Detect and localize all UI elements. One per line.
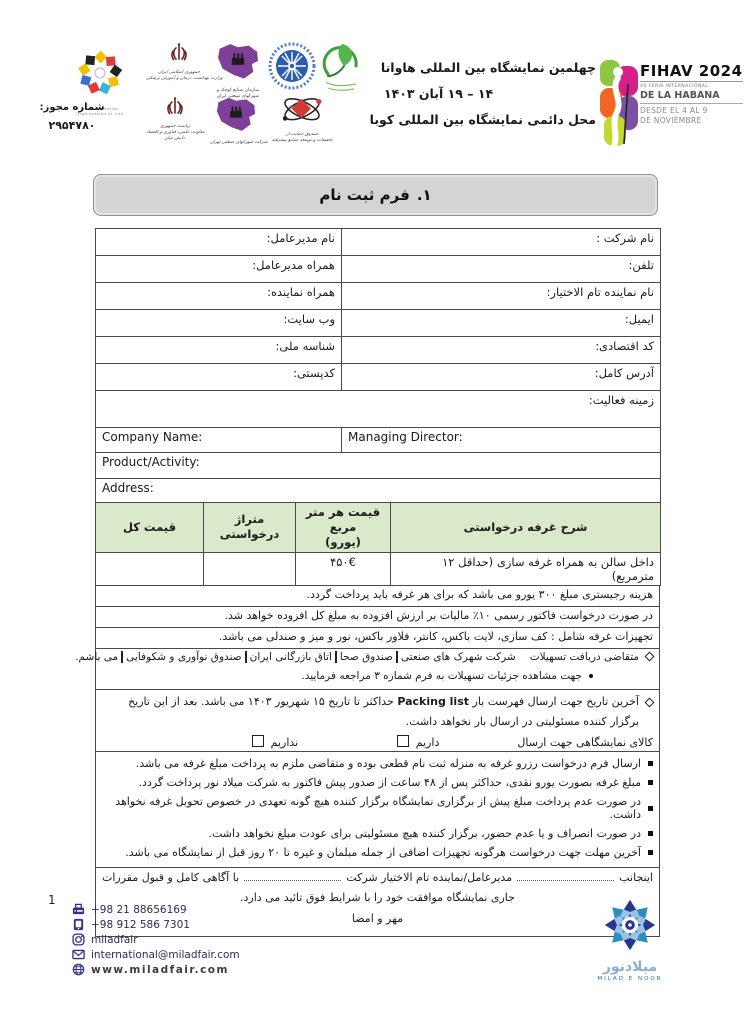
label-full-address: آدرس کامل: xyxy=(595,366,654,380)
bullet-dot-icon xyxy=(589,674,593,678)
field-product-activity-en[interactable]: Product/Activity: xyxy=(96,453,661,479)
form-title-text: فرم ثبت نام xyxy=(319,186,409,204)
label-national-id: شناسه ملی: xyxy=(276,339,336,353)
iran-map-icon xyxy=(214,92,258,136)
label-product-activity-en: Product/Activity: xyxy=(102,455,200,469)
page-number: 1 xyxy=(48,893,56,907)
registration-form: نام شرکت : نام مدیرعامل: تلفن: همراه مدی… xyxy=(95,229,660,937)
label-ceo-name: نام مدیرعامل: xyxy=(267,231,335,245)
fihav-place: DE LA HABANA xyxy=(640,90,743,104)
presidency-caption-2: معاونت علمی، فناوری و اقتصاد دانش بنیان xyxy=(139,130,211,141)
facilities-checkbox-4[interactable] xyxy=(121,651,123,663)
facilities-checkbox-2[interactable] xyxy=(335,651,337,663)
square-bullet-icon xyxy=(648,850,653,855)
cell-total-price[interactable] xyxy=(96,552,204,585)
label-email: ایمیل: xyxy=(625,312,654,326)
terms-table: هزینه رجیستری مبلغ ۳۰۰ یورو می باشد که ب… xyxy=(95,585,660,938)
goods-label: کالای نمایشگاهی جهت ارسال xyxy=(517,736,653,749)
iran-emblem-icon xyxy=(170,42,188,66)
label-representative: نام نماینده تام الاختیار: xyxy=(547,285,654,299)
goods-have-checkbox[interactable] xyxy=(397,735,409,747)
facilities-row: متقاضی دریافت تسهیلات شرکت شهرک های صنعت… xyxy=(96,648,660,689)
label-representative-mobile: همراه نماینده: xyxy=(267,285,335,299)
license-number: ۲۹۵۴۷۸۰ xyxy=(34,119,110,132)
condition-3: در صورت عدم پرداخت مبلغ پیش از برگزاری ن… xyxy=(102,795,641,821)
milad-noor-star-icon xyxy=(601,896,659,954)
research-fund-logo: صندوق حمایت از تحقیقات و توسعه صنایع پیش… xyxy=(268,92,336,143)
diamond-marker-icon xyxy=(645,697,655,707)
small-industries-logo: سازمان صنایع کوچک و شهرکهای صنعتی ایران xyxy=(212,38,264,99)
note-vat: در صورت درخواست فاکتور رسمی ۱۰٪ مالیات ب… xyxy=(96,606,660,627)
facilities-option-4: صندوق نوآوری و شکوفایی xyxy=(126,651,241,663)
goods-option-have: داریم xyxy=(416,736,440,749)
label-company-name: نام شرکت : xyxy=(596,231,654,245)
contact-mobile: +98 912 586 7301 xyxy=(72,918,240,931)
fihav-title: FIHAV 2024 xyxy=(640,62,743,82)
fihav-subtitle: 40 FERIA INTERNACIONAL xyxy=(640,84,743,89)
fihav-dancer-icon xyxy=(598,56,640,152)
fihav-text-block: FIHAV 2024 40 FERIA INTERNACIONAL DE LA … xyxy=(640,56,743,126)
condition-5: آخرین مهلت جهت درخواست هرگونه تجهیزات اض… xyxy=(125,846,641,859)
signature-part-2: مدیرعامل/نماینده تام الاختیار شرکت xyxy=(346,871,512,884)
mobile-number: +98 912 586 7301 xyxy=(91,919,190,931)
cell-booth-description: داخل سالن به همراه غرفه سازی (حداقل ۱۲ م… xyxy=(391,552,661,585)
note-registration-fee: هزینه رجیستری مبلغ ۳۰۰ یورو می باشد که ب… xyxy=(96,585,660,606)
facilities-prefix: متقاضی دریافت تسهیلات xyxy=(530,651,639,663)
contact-website: www.miladfair.com xyxy=(72,963,240,976)
field-phone[interactable]: تلفن: xyxy=(342,256,661,283)
price-table: شرح غرفه درخواستی قیمت هر متر مربع (یورو… xyxy=(95,502,661,586)
ministry-caption-2: وزارت بهداشت، درمان و آموزش پزشکی xyxy=(146,76,213,82)
square-bullet-icon xyxy=(648,831,653,836)
chamber-of-commerce-logo xyxy=(266,40,318,98)
diamond-marker-icon xyxy=(645,652,655,662)
condition-4: در صورت انصراف و یا عدم حضور، برگزار کنن… xyxy=(208,827,641,840)
form-title-bar: ۱. فرم ثبت نام xyxy=(93,174,658,216)
facilities-checkbox-1[interactable] xyxy=(396,651,398,663)
note-booth-equipment: تجهیزات غرفه شامل : کف سازی، لایت باکس، … xyxy=(96,627,660,648)
packing-text-before: آخرین تاریخ جهت ارسال فهرست بار xyxy=(473,695,639,708)
contact-email: international@miladfair.com xyxy=(72,948,240,961)
fair-title-line-3: محل دائمی نمایشگاه بین المللی کوبا xyxy=(384,112,596,127)
iran-map-icon xyxy=(215,38,261,84)
label-address-en: Address: xyxy=(102,481,154,495)
ministry-health-logo: جمهوری اسلامی ایران وزارت بهداشت، درمان … xyxy=(146,42,212,81)
field-postal-code[interactable]: کدپستی: xyxy=(96,364,342,391)
field-email[interactable]: ایمیل: xyxy=(342,310,661,337)
field-managing-director-en[interactable]: Managing Director: xyxy=(342,428,661,453)
research-fund-caption-2: تحقیقات و توسعه صنایع پیشرفته xyxy=(268,138,337,144)
instagram-handle: miladfair xyxy=(91,934,138,946)
label-activity: زمینه فعالیت: xyxy=(589,393,654,407)
ministry-caption-1: جمهوری اسلامی ایران xyxy=(146,70,213,76)
field-activity[interactable]: زمینه فعالیت: xyxy=(96,391,661,428)
label-company-name-en: Company Name: xyxy=(102,430,202,444)
field-address-en[interactable]: Address: xyxy=(96,479,661,503)
label-postal-code: کدپستی: xyxy=(293,366,335,380)
field-full-address[interactable]: آدرس کامل: xyxy=(342,364,661,391)
field-representative[interactable]: نام نماینده تام الاختیار: xyxy=(342,283,661,310)
phone-icon xyxy=(72,918,85,931)
milad-noor-latin-wordmark: MILAD E NOOR xyxy=(593,976,667,982)
field-company-name-en[interactable]: Company Name: xyxy=(96,428,342,453)
field-website[interactable]: وب سایت: xyxy=(96,310,342,337)
label-managing-director-en: Managing Director: xyxy=(348,430,463,444)
milad-noor-farsi-wordmark: میلادنور xyxy=(593,959,667,975)
signature-name-blank[interactable] xyxy=(517,870,614,881)
square-bullet-icon xyxy=(648,761,653,766)
chamber-wheel-icon xyxy=(267,40,317,94)
instagram-icon xyxy=(72,933,85,946)
milad-noor-logo: میلادنور MILAD E NOOR xyxy=(593,896,667,982)
license-label: شماره مجوز: xyxy=(34,102,110,113)
contact-instagram: miladfair xyxy=(72,933,240,946)
signature-part-3: با آگاهی کامل و قبول مقررات xyxy=(102,871,239,884)
price-header-area: متراژ درخواستی xyxy=(204,503,296,553)
tehran-industrial-caption: شرکت شهرکهای صنعتی تهران xyxy=(210,140,263,146)
company-info-table: نام شرکت : نام مدیرعامل: تلفن: همراه مدی… xyxy=(95,228,661,503)
fax-icon xyxy=(72,903,85,916)
signature-company-blank[interactable] xyxy=(244,870,341,881)
facilities-suffix: می باشم. xyxy=(75,651,118,663)
label-phone: تلفن: xyxy=(629,258,654,272)
presidency-logo: ریاست جمهوری معاونت علمی، فناوری و اقتصا… xyxy=(140,96,210,141)
facilities-note: جهت مشاهده جزئیات تسهیلات به فرم شماره ۳… xyxy=(301,670,582,682)
globe-icon xyxy=(72,963,85,976)
facilities-option-3: اتاق بازرگانی ایران xyxy=(250,651,332,663)
field-ceo-mobile[interactable]: همراه مدیرعامل: xyxy=(96,256,342,283)
website-url: www.miladfair.com xyxy=(91,964,229,976)
research-fund-caption-1: صندوق حمایت از xyxy=(268,132,337,138)
atom-icon xyxy=(279,92,325,128)
facilities-option-1: شرکت شهرک های صنعتی xyxy=(401,651,516,663)
registration-form-page: Trade Promotion Organization of Iran شما… xyxy=(0,0,750,1020)
square-bullet-icon xyxy=(648,806,653,811)
price-header-unit-price: قیمت هر متر مربع (یورو) xyxy=(296,503,391,553)
goods-not-have-checkbox[interactable] xyxy=(252,735,264,747)
field-representative-mobile[interactable]: همراه نماینده: xyxy=(96,283,342,310)
signature-part-1: اینجانب xyxy=(619,871,653,884)
packing-list-row: آخرین تاریخ جهت ارسال فهرست بار Packing … xyxy=(96,689,660,752)
form-title-number: ۱. xyxy=(417,186,432,204)
tehran-industrial-logo: شرکت شهرکهای صنعتی تهران xyxy=(210,92,262,146)
fax-number: +98 21 88656169 xyxy=(91,904,187,916)
email-address: international@miladfair.com xyxy=(91,949,240,961)
contact-block: +98 21 88656169 +98 912 586 7301 miladfa… xyxy=(72,903,240,978)
license-block: شماره مجوز: ۲۹۵۴۷۸۰ xyxy=(34,102,110,132)
fair-title-block: چهلمین نمایشگاه بین المللی هاوانا ۱۴ – ۱… xyxy=(384,60,596,138)
price-header-desc: شرح غرفه درخواستی xyxy=(391,503,661,553)
field-ceo-name[interactable]: نام مدیرعامل: xyxy=(96,229,342,256)
fihav-dates-line-2: DE NOVIEMBRE xyxy=(640,116,743,126)
presidency-caption-1: ریاست جمهوری xyxy=(140,124,211,130)
label-website: وب سایت: xyxy=(283,312,335,326)
fihav-logo: FIHAV 2024 40 FERIA INTERNACIONAL DE LA … xyxy=(598,56,748,156)
label-ceo-mobile: همراه مدیرعامل: xyxy=(252,258,335,272)
fihav-dates-line-1: DESDE EL 4 AL 9 xyxy=(640,106,743,116)
square-bullet-icon xyxy=(648,780,653,785)
condition-2: مبلغ غرفه بصورت یورو نقدی، حداکثر پس از … xyxy=(139,776,641,789)
contact-fax: +98 21 88656169 xyxy=(72,903,240,916)
price-header-total: قیمت کل xyxy=(96,503,204,553)
field-economic-code[interactable]: کد اقتصادی: xyxy=(342,337,661,364)
label-economic-code: کد اقتصادی: xyxy=(595,339,654,353)
conditions-row: ارسال فرم درخواست رزرو غرفه به منزله ثبت… xyxy=(96,752,660,868)
cell-requested-area[interactable] xyxy=(204,552,296,585)
cell-unit-price: ۴۵۰€ xyxy=(296,552,391,585)
email-icon xyxy=(72,948,85,961)
field-company-name[interactable]: نام شرکت : xyxy=(342,229,661,256)
fair-title-line-1: چهلمین نمایشگاه بین المللی هاوانا xyxy=(384,60,596,75)
packing-keyword: Packing list xyxy=(397,695,469,708)
field-national-id[interactable]: شناسه ملی: xyxy=(96,337,342,364)
condition-1: ارسال فرم درخواست رزرو غرفه به منزله ثبت… xyxy=(136,757,641,770)
tpo-flower-icon xyxy=(71,44,129,102)
goods-option-not-have: نداریم xyxy=(271,736,299,749)
fair-title-line-2: ۱۴ – ۱۹ آبان ۱۴۰۳ xyxy=(384,86,596,101)
iran-emblem-icon xyxy=(166,96,184,120)
facilities-checkbox-3[interactable] xyxy=(245,651,247,663)
leaf-icon xyxy=(320,36,364,98)
facilities-option-2: صندوق صحا xyxy=(340,651,393,663)
